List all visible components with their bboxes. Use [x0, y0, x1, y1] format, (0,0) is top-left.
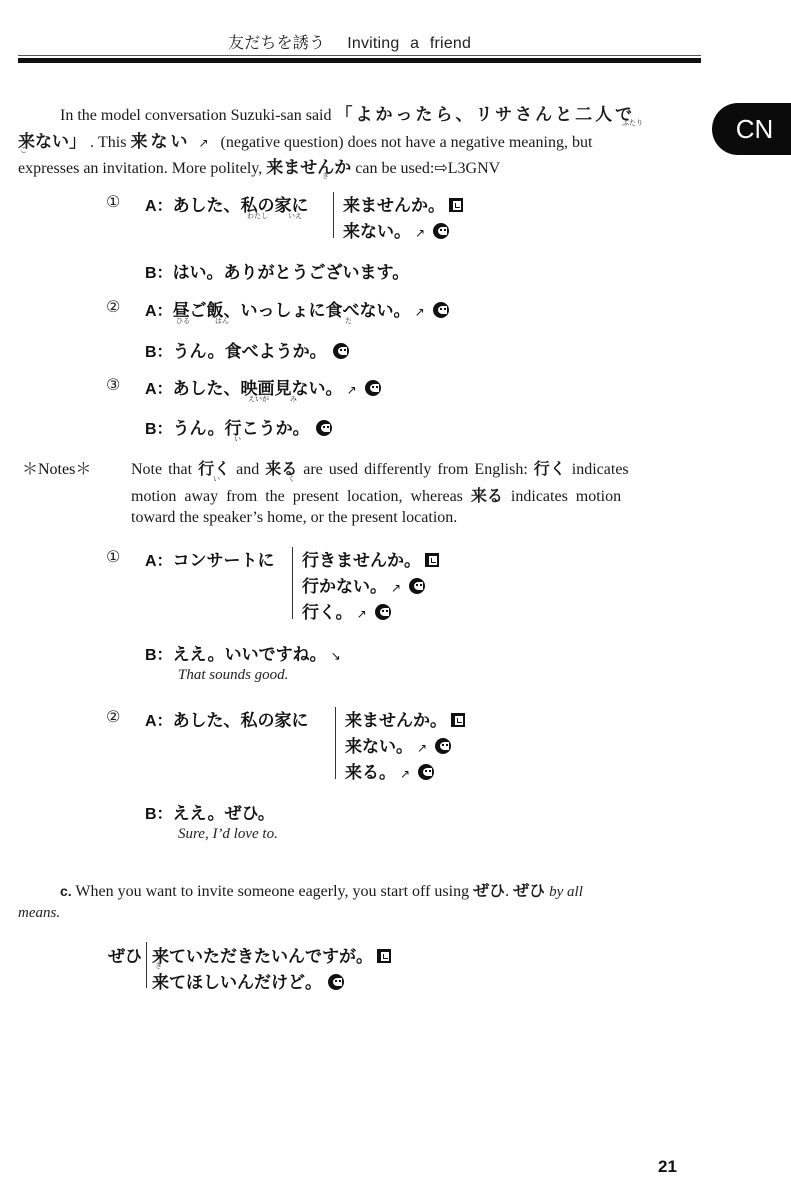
intro-line-2: 来ない」 . This 来ない ↗ (negative question) do…: [18, 127, 592, 152]
rising-intonation-icon: ↗: [357, 607, 367, 621]
options-divider: [292, 547, 293, 619]
rising-intonation-icon: ↗: [391, 581, 401, 595]
casual-speech-icon: [333, 343, 349, 359]
header-rule-thick: [18, 58, 701, 63]
speaker-a-text: あした、私の家に: [173, 711, 309, 731]
example-number: ②: [106, 707, 120, 726]
option-text: 来てほしいんだけど。: [152, 973, 322, 993]
page-number: 21: [658, 1157, 677, 1177]
example-b-line: B：ええ。いいですね。↘: [145, 640, 349, 665]
option-text: 来ない。: [343, 222, 411, 242]
intro-text: expresses an invitation. More politely,: [18, 160, 262, 177]
option-text: 来ませんか。: [343, 196, 445, 216]
casual-speech-icon: [328, 974, 344, 990]
intro-quote-end-jp: 来ない」: [18, 132, 86, 152]
header-title-jp: 友だちを誘う: [228, 35, 325, 52]
ruby: いえ: [288, 211, 302, 221]
option-text: 行きませんか。: [302, 551, 421, 571]
option-text: 来ませんか。: [345, 711, 447, 731]
intro-kimasenka-jp: 来ませんか: [266, 158, 351, 178]
intro-konai-jp: 来ない: [130, 132, 190, 152]
option-line: 来ませんか。: [345, 706, 465, 731]
options-divider: [146, 942, 147, 988]
casual-speech-icon: [375, 604, 391, 620]
rising-intonation-icon: ↗: [415, 226, 425, 240]
intro-line-1: In the model conversation Suzuki-san sai…: [60, 100, 635, 125]
option-text: 来ない。: [345, 737, 413, 757]
rising-intonation-icon: ↗: [400, 767, 410, 781]
speaker-a-label: A：: [145, 381, 173, 398]
formal-speech-icon: [449, 198, 463, 212]
option-line: 行かない。↗: [302, 572, 425, 597]
casual-speech-icon: [316, 420, 332, 436]
translation: Sure, I’d love to.: [178, 826, 278, 843]
header-title-en: Inviting a friend: [347, 35, 471, 52]
falling-intonation-icon: ↘: [331, 649, 341, 663]
ruby: み: [290, 394, 297, 404]
intro-text: . This: [90, 134, 126, 151]
example-number: ①: [106, 547, 120, 566]
notes-line-2: motion away from the present location, w…: [131, 483, 621, 506]
section-c-marker: c.: [60, 883, 72, 899]
speaker-b-text: うん。食べようか。: [173, 342, 327, 362]
casual-speech-icon: [433, 223, 449, 239]
example-a-line: A：コンサートに: [145, 546, 275, 571]
formal-speech-icon: [451, 713, 465, 727]
ruby: ひる: [176, 316, 190, 326]
casual-speech-icon: [365, 380, 381, 396]
notes-text: indicates motion: [511, 488, 621, 505]
rising-intonation-icon: ↗: [417, 741, 427, 755]
rising-intonation-icon: ↗: [198, 136, 208, 150]
intro-line-3: expresses an invitation. More politely, …: [18, 153, 500, 178]
speaker-a-label: A：: [145, 713, 173, 730]
option-line: 来ない。↗: [345, 732, 451, 757]
separator: .: [505, 883, 509, 900]
rising-intonation-icon: ↗: [347, 383, 357, 397]
intro-text: In the model conversation Suzuki-san sai…: [60, 107, 332, 124]
speaker-b-label: B：: [145, 806, 173, 823]
option-line: 来ていただきたいんですが。: [152, 942, 391, 967]
formal-speech-icon: [377, 949, 391, 963]
notes-text: and: [236, 461, 259, 478]
option-text: 来る。: [345, 763, 396, 783]
option-line: 来ませんか。: [343, 191, 463, 216]
notes-line-1: Note that 行く and 来る are used differently…: [131, 456, 629, 479]
intro-quote-jp: 「よかったら、リサさんと二人で: [336, 105, 636, 125]
notes-text: motion away from the present location, w…: [131, 488, 463, 505]
options-divider: [333, 192, 334, 238]
section-c-gloss: by all: [549, 884, 583, 900]
ruby-futari: ふたり: [622, 118, 643, 128]
options-divider: [335, 707, 336, 779]
example-b-line: B：はい。ありがとうございます。: [145, 258, 409, 283]
notes-text: are used differently from English:: [303, 461, 528, 478]
speaker-b-text: うん。行こうか。: [173, 419, 310, 439]
option-line: 行く。↗: [302, 598, 391, 623]
speaker-a-label: A：: [145, 303, 173, 320]
example-a-line: A：あした、私の家に: [145, 706, 309, 731]
rising-intonation-icon: ↗: [415, 305, 425, 319]
notes-label: ＊Notes＊: [22, 456, 91, 479]
ruby: い: [234, 434, 241, 444]
speaker-b-label: B：: [145, 647, 173, 664]
speaker-b-label: B：: [145, 265, 173, 282]
ruby-ki: き: [322, 171, 329, 181]
ruby: わたし: [247, 211, 268, 221]
notes-kuru-jp: 来る: [471, 486, 503, 505]
notes-text: Note that: [131, 461, 192, 478]
option-text: 行く。: [302, 603, 353, 623]
speaker-b-text: はい。ありがとうございます。: [173, 263, 410, 283]
section-c-zehi-jp: ぜひ: [473, 881, 505, 900]
example-number: ②: [106, 297, 120, 316]
example-number: ①: [106, 192, 120, 211]
ruby: た: [345, 316, 352, 326]
speaker-b-text: ええ。ぜひ。: [173, 804, 275, 824]
example-number: ③: [106, 375, 120, 394]
running-header: 友だちを誘うInviting a friend: [228, 30, 471, 53]
speaker-a-text: コンサートに: [173, 551, 275, 571]
casual-speech-icon: [418, 764, 434, 780]
option-line: 来てほしいんだけど。: [152, 968, 344, 993]
section-c-text: When you want to invite someone eagerly,…: [75, 883, 469, 900]
notes-iku-jp: 行く: [534, 459, 566, 478]
chapter-tab: CN: [712, 103, 791, 155]
casual-speech-icon: [435, 738, 451, 754]
header-rule-thin: [18, 55, 701, 56]
option-line: 来ない。↗: [343, 217, 449, 242]
translation: That sounds good.: [178, 667, 288, 684]
intro-text: (negative question) does not have a nega…: [221, 134, 593, 151]
ruby: えいが: [248, 394, 269, 404]
casual-speech-icon: [409, 578, 425, 594]
option-line: 行きませんか。: [302, 546, 439, 571]
option-text: 行かない。: [302, 577, 387, 597]
ruby: はん: [215, 316, 229, 326]
intro-text: can be used:⇨L3GNV: [355, 160, 500, 177]
example-b-line: B：ええ。ぜひ。: [145, 799, 275, 824]
section-c-gloss-cont: means.: [18, 905, 60, 922]
speaker-b-label: B：: [145, 421, 173, 438]
option-line: 来る。↗: [345, 758, 434, 783]
section-c-zehi-jp: ぜひ: [513, 881, 545, 900]
formal-speech-icon: [425, 553, 439, 567]
example-a-line: A：昼ご飯、いっしょに食べない。↗: [145, 296, 449, 321]
notes-text: indicates: [572, 461, 629, 478]
zehi-lead: ぜひ: [108, 942, 142, 967]
speaker-b-label: B：: [145, 344, 173, 361]
example-b-line: B：うん。食べようか。: [145, 337, 349, 362]
speaker-a-label: A：: [145, 198, 173, 215]
notes-line-3: toward the speaker’s home, or the presen…: [131, 509, 457, 527]
speaker-b-text: ええ。いいですね。: [173, 645, 327, 665]
speaker-a-label: A：: [145, 553, 173, 570]
speaker-a-text: 昼ご飯、いっしょに食べない。: [173, 301, 411, 321]
option-text: 来ていただきたいんですが。: [152, 947, 373, 967]
casual-speech-icon: [433, 302, 449, 318]
section-c-line-1: c. When you want to invite someone eager…: [60, 878, 583, 901]
example-a-line: A：あした、私の家に: [145, 191, 309, 216]
